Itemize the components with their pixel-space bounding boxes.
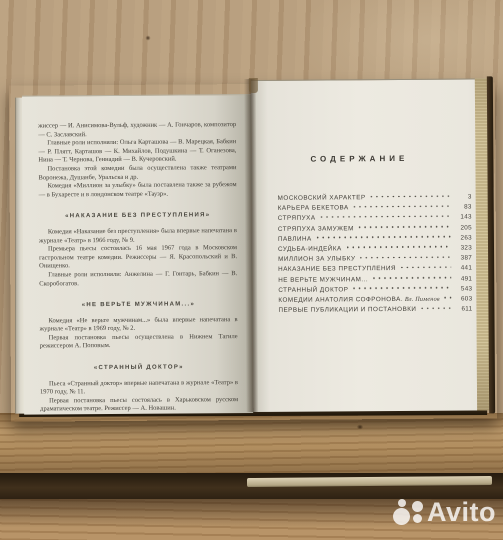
left-page-paragraph: Комедия «Наказание без преступления» был… <box>39 227 237 246</box>
toc-entry-author: Вл. Пименов <box>403 296 440 303</box>
dot-leader <box>315 232 451 240</box>
avito-logo-icon <box>393 508 410 525</box>
toc-entry-page-number: 603 <box>454 295 472 302</box>
toc-entry-page-number: 491 <box>454 275 472 282</box>
toc-entry-title: КАРЬЕРА БЕКЕТОВА <box>278 205 349 212</box>
toc-entry-title: СТРЯПУХА <box>278 215 316 222</box>
toc-entry-title: МИЛЛИОН ЗА УЛЫБКУ <box>278 255 355 263</box>
avito-logo-icon <box>412 501 423 512</box>
toc-entry-page-number: 3 <box>454 193 472 200</box>
dot-leader <box>371 273 451 281</box>
section-heading: «НЕ ВЕРЬТЕ МУЖЧИНАМ...» <box>39 300 237 310</box>
left-page-paragraph: Пьеса «Странный доктор» впервые напечата… <box>40 379 238 398</box>
toc-entry-title: СТРЯПУХА ЗАМУЖЕМ <box>278 225 354 233</box>
dot-leader <box>318 212 450 220</box>
toc-entry-title: НАКАЗАНИЕ БЕЗ ПРЕСТУПЛЕНИЯ <box>278 265 396 273</box>
toc-entry-title: ПАВЛИНА <box>278 235 312 242</box>
left-page-text: жиссер — И. Анисимова-Вульф, художник — … <box>38 121 238 414</box>
toc-list: МОСКОВСКИЙ ХАРАКТЕР3КАРЬЕРА БЕКЕТОВА83СТ… <box>278 191 473 315</box>
toc-entry-title: ПЕРВЫЕ ПУБЛИКАЦИИ И ПОСТАНОВКИ <box>278 306 416 314</box>
left-page-paragraph: жиссер — И. Анисимова-Вульф, художник — … <box>38 121 236 140</box>
toc-entry-page-number: 323 <box>454 244 472 251</box>
toc-entry-title: СУДЬБА-ИНДЕЙКА <box>278 245 342 252</box>
book-gutter-shadow <box>244 79 258 412</box>
wood-plank-upper <box>0 413 503 475</box>
dot-leader <box>399 263 451 270</box>
left-page-paragraph: Первая постановка пьесы состоялась в Хар… <box>40 396 238 415</box>
dot-leader <box>358 253 451 261</box>
dot-leader <box>419 304 451 311</box>
toc-entry-page-number: 263 <box>454 234 472 241</box>
dot-leader <box>357 222 451 230</box>
toc-entry-page-number: 441 <box>454 265 472 272</box>
left-page-paragraph: Главные роли исполняли: Ольга Карташова … <box>38 138 236 165</box>
toc-entry-page-number: 611 <box>454 306 472 313</box>
open-book: жиссер — И. Анисимова-Вульф, художник — … <box>13 76 495 417</box>
toc-entry-title: СТРАННЫЙ ДОКТОР <box>278 286 348 293</box>
left-page-paragraph: Премьера пьесы состоялась 16 мая 1967 го… <box>39 244 237 271</box>
left-page-paragraph: Комедия «Миллион за улыбку» была поставл… <box>39 181 237 200</box>
toc-entry-page-number: 143 <box>454 214 472 221</box>
section-heading: «СТРАННЫЙ ДОКТОР» <box>40 363 238 373</box>
book-page-left: жиссер — И. Анисимова-Вульф, художник — … <box>22 94 253 415</box>
dot-leader <box>351 283 451 291</box>
toc-entry-title: НЕ ВЕРЬТЕ МУЖЧИНАМ... <box>278 276 368 284</box>
toc-entry-page-number: 205 <box>454 224 472 231</box>
toc-entry-title: КОМЕДИИ АНАТОЛИЯ СОФРОНОВА. Вл. Пименов <box>278 296 439 304</box>
avito-logo-icon <box>413 514 422 523</box>
avito-watermark-text: Avito <box>427 497 496 528</box>
toc-title: СОДЕРЖАНИЕ <box>251 154 467 165</box>
dot-leader <box>369 192 451 200</box>
toc-entry-page-number: 387 <box>454 255 472 262</box>
left-page-paragraph: Первая постановка пьесы осуществлена в Н… <box>40 333 238 352</box>
dot-leader <box>352 202 451 210</box>
avito-logo-icon <box>398 499 406 507</box>
dot-leader <box>443 293 452 300</box>
gutter-top-notch <box>249 78 258 93</box>
toc-entry-page-number: 83 <box>454 204 472 211</box>
left-page-paragraph: Главные роли исполняли: Анжелина — Г. Го… <box>39 270 237 289</box>
toc-entry-title: МОСКОВСКИЙ ХАРАКТЕР <box>278 194 366 202</box>
toc-entry: ПЕРВЫЕ ПУБЛИКАЦИИ И ПОСТАНОВКИ611 <box>278 304 472 316</box>
book-page-right: СОДЕРЖАНИЕ МОСКОВСКИЙ ХАРАКТЕР3КАРЬЕРА Б… <box>251 78 493 412</box>
book-photo-scene: жиссер — И. Анисимова-Вульф, художник — … <box>0 0 503 540</box>
left-page-paragraph: Постановка этой комедии была осуществлен… <box>38 164 236 183</box>
section-heading: «НАКАЗАНИЕ БЕЗ ПРЕСТУПЛЕНИЯ» <box>39 211 237 221</box>
toc-entry-page-number: 543 <box>454 285 472 292</box>
left-page-paragraph: Комедия «Не верьте мужчинам...» была впе… <box>39 316 237 335</box>
avito-watermark: Avito <box>391 497 503 537</box>
dot-leader <box>345 243 451 251</box>
